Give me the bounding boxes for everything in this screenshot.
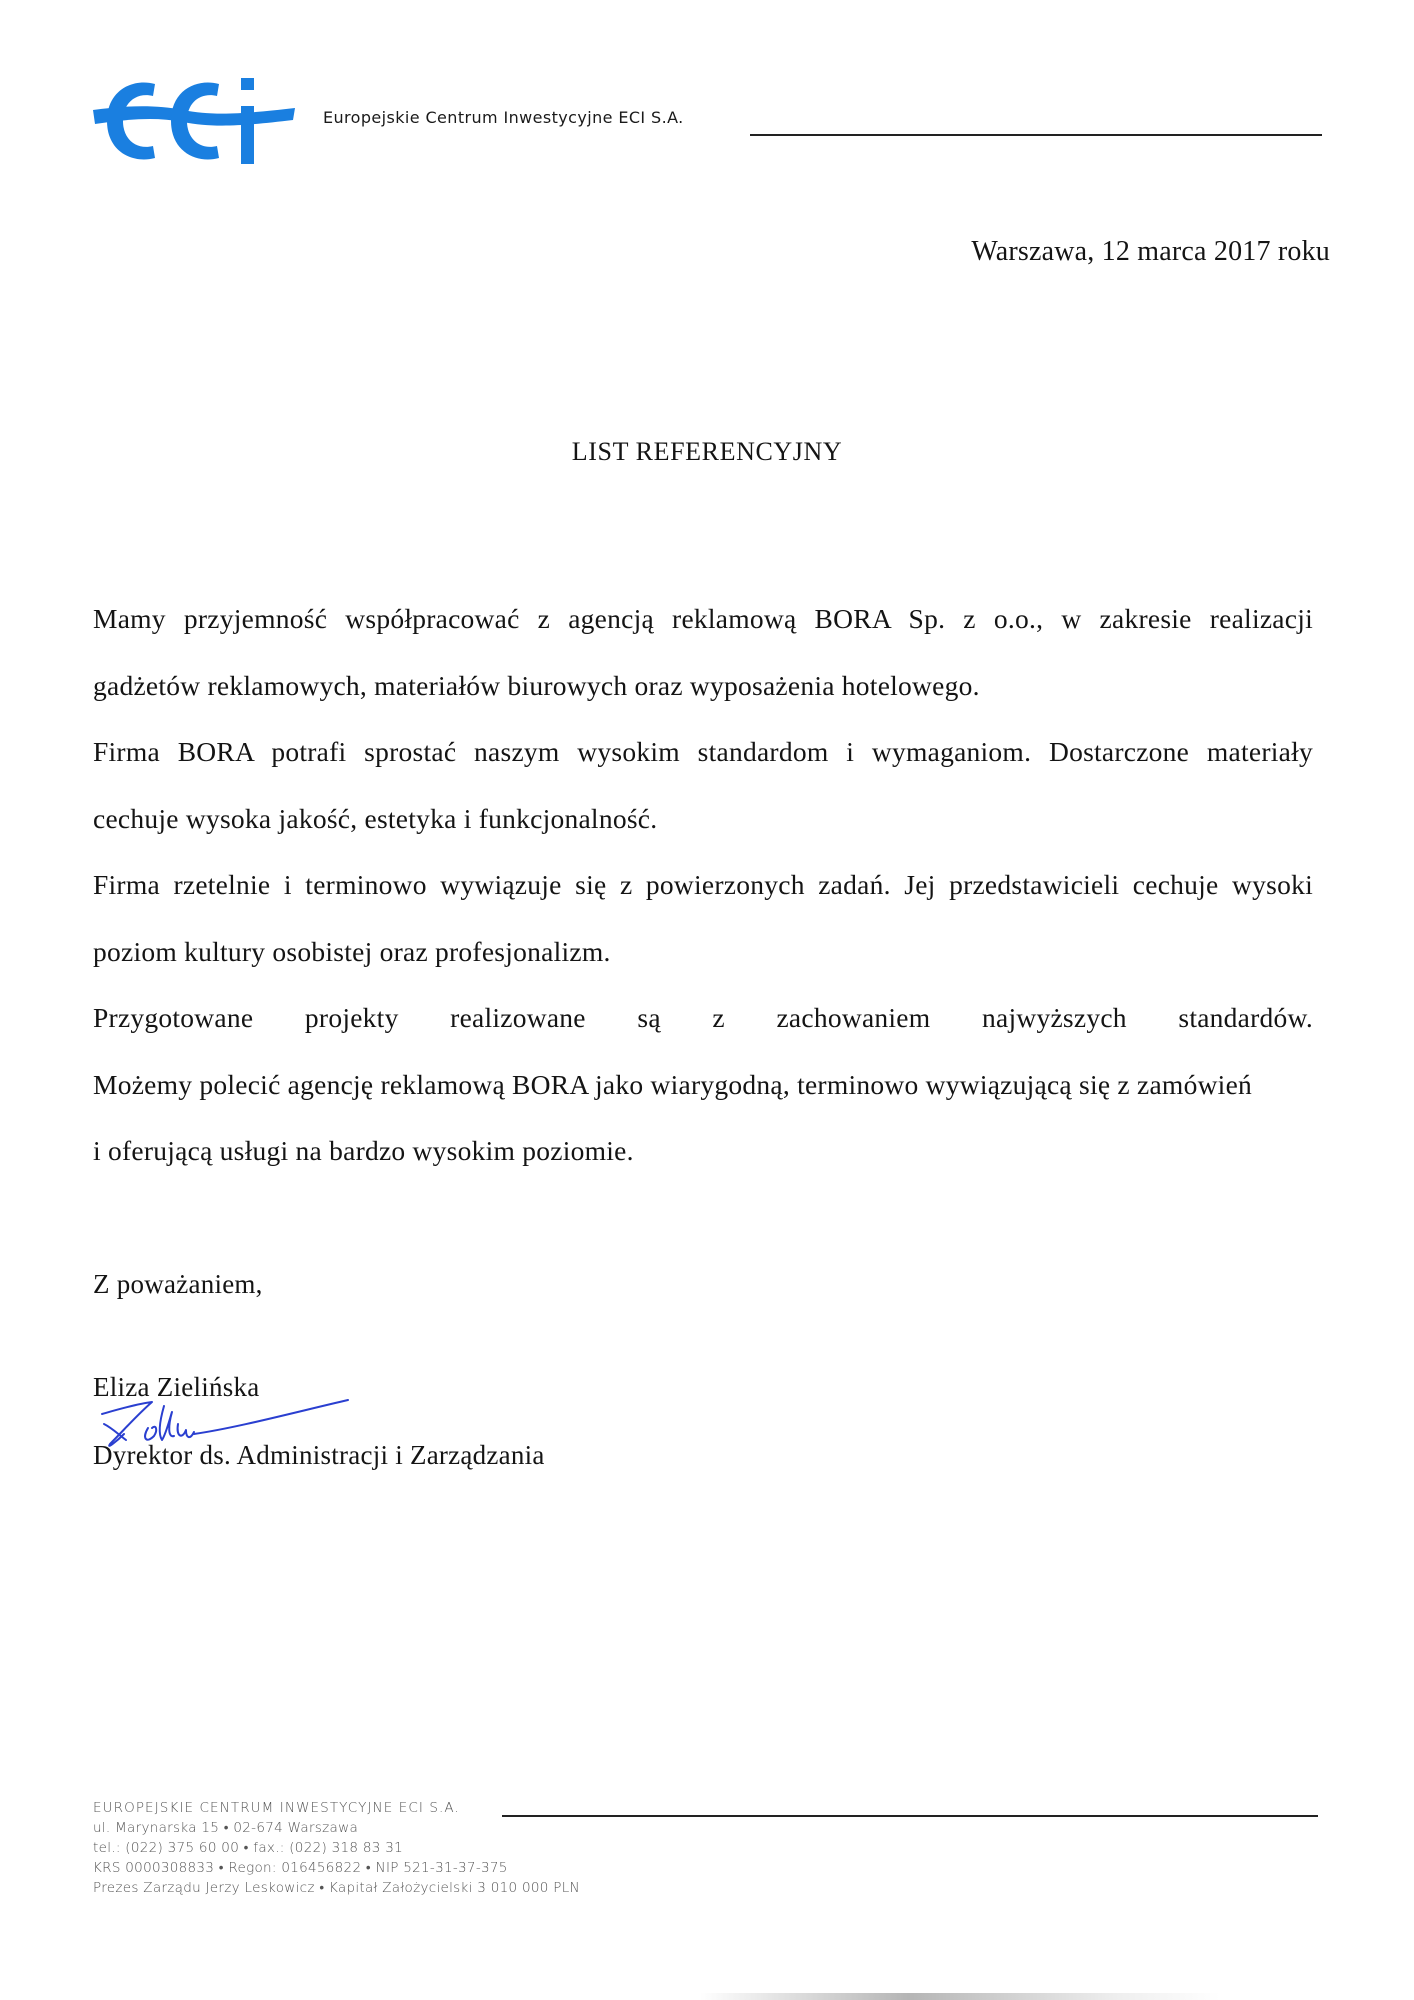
body-line: poziom kultury osobistej oraz profesjona… xyxy=(93,935,1313,969)
footer-registry: KRS 0000308833 • Regon: 016456822 • NIP … xyxy=(93,1860,508,1876)
closing-salutation: Z poważaniem, xyxy=(93,1269,263,1300)
letterhead-company-name: Europejskie Centrum Inwestycyjne ECI S.A… xyxy=(323,108,684,127)
body-line: gadżetów reklamowych, materiałów biurowy… xyxy=(93,669,1313,703)
body-line: Przygotowane projekty realizowane są z z… xyxy=(93,1001,1313,1035)
body-line: Mamy przyjemność współpracować z agencją… xyxy=(93,602,1313,636)
body-line: Możemy polecić agencję reklamową BORA ja… xyxy=(93,1068,1313,1102)
body-line: Firma rzetelnie i terminowo wywiązuje si… xyxy=(93,868,1313,902)
body-line: Firma BORA potrafi sprostać naszym wysok… xyxy=(93,735,1313,769)
footer-company-name: EUROPEJSKIE CENTRUM INWESTYCYJNE ECI S.A… xyxy=(93,1800,460,1816)
signer-title: Dyrektor ds. Administracji i Zarządzania xyxy=(93,1440,545,1471)
letter-date: Warszawa, 12 marca 2017 roku xyxy=(971,236,1330,268)
letter-title: LIST REFERENCYJNY xyxy=(0,437,1414,467)
footer-rule xyxy=(502,1815,1318,1817)
footer-contact: tel.: (022) 375 60 00 • fax.: (022) 318 … xyxy=(93,1840,403,1856)
scan-edge-shadow xyxy=(700,1993,1220,2000)
letterhead-rule xyxy=(750,134,1322,136)
footer-address: ul. Marynarska 15 • 02-674 Warszawa xyxy=(93,1820,358,1836)
body-line: i oferującą usługi na bardzo wysokim poz… xyxy=(93,1134,1313,1168)
eci-logo-icon xyxy=(93,76,295,166)
body-line: cechuje wysoka jakość, estetyka i funkcj… xyxy=(93,802,1313,836)
footer-management: Prezes Zarządu Jerzy Leskowicz • Kapitał… xyxy=(93,1880,580,1896)
